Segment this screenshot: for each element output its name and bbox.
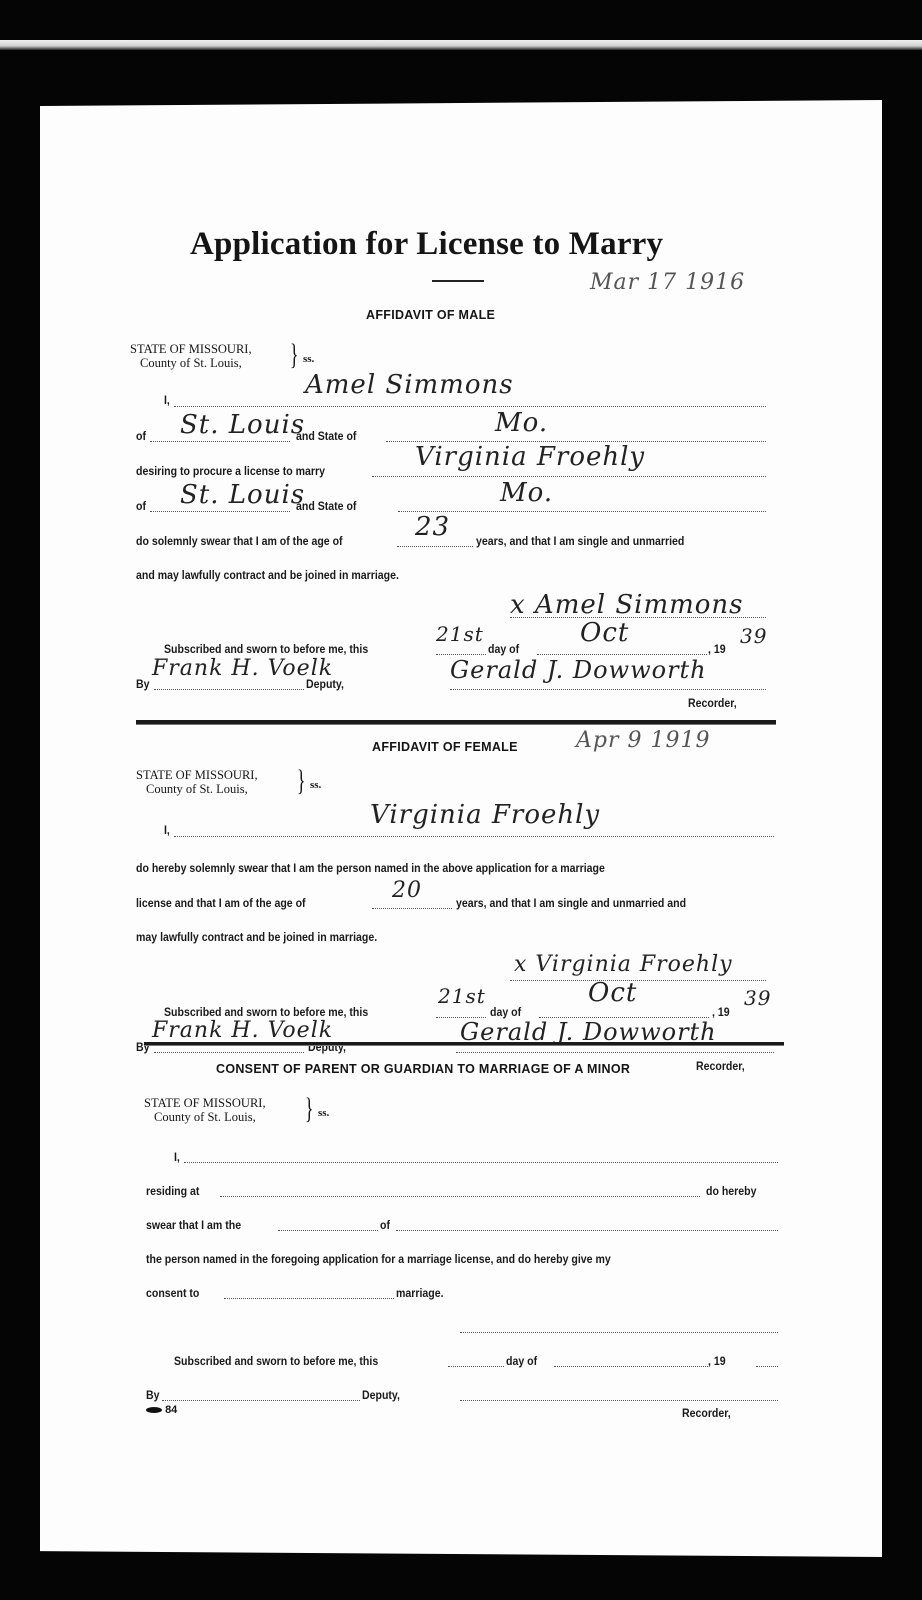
venue-block: STATE OF MISSOURI, County of St. Louis, xyxy=(136,768,258,796)
subscribed-label: Subscribed and sworn to before me, this xyxy=(164,642,368,656)
venue-state: STATE OF MISSOURI, xyxy=(144,1096,266,1110)
deputy-label: Deputy, xyxy=(362,1388,400,1402)
male-name-field[interactable]: Amel Simmons xyxy=(305,370,514,400)
i-label: I, xyxy=(164,823,170,837)
venue-county: County of St. Louis, xyxy=(144,1110,266,1124)
age-prefix: do solemnly swear that I am of the age o… xyxy=(136,534,343,548)
document-page: Application for License to Marry Mar 17 … xyxy=(40,100,882,1557)
day-of-label: day of xyxy=(488,642,519,656)
year-prefix: , 19 xyxy=(708,642,726,656)
male-age-field[interactable]: 23 xyxy=(415,512,450,542)
signature-line xyxy=(510,980,766,981)
consent-deputy-field[interactable] xyxy=(162,1400,360,1401)
female-age-field[interactable]: 20 xyxy=(392,878,422,903)
female-year-field[interactable]: 39 xyxy=(744,986,771,1010)
ss-label: ss. xyxy=(303,353,314,365)
day-of-label: day of xyxy=(490,1005,521,1019)
i-label: I, xyxy=(164,393,170,407)
recorder-line xyxy=(456,1052,774,1053)
section-divider xyxy=(136,720,776,724)
consent-month-field[interactable] xyxy=(554,1366,708,1367)
consent-year-field[interactable] xyxy=(756,1366,778,1367)
lawful-line: may lawfully contract and be joined in m… xyxy=(136,930,377,944)
of-label: of xyxy=(136,499,146,513)
consent-field[interactable] xyxy=(224,1298,394,1299)
residing-field[interactable] xyxy=(220,1196,700,1197)
ss-label: ss. xyxy=(318,1107,329,1119)
age-prefix: license and that I am of the age of xyxy=(136,896,306,910)
male-signature[interactable]: x Amel Simmons xyxy=(510,590,744,620)
male-day-field[interactable]: 21st xyxy=(436,622,484,646)
brace: } xyxy=(305,1094,314,1124)
city-line xyxy=(150,441,290,442)
brace: } xyxy=(297,766,306,796)
date-annotation: Mar 17 1916 xyxy=(590,270,745,295)
consent-day-field[interactable] xyxy=(448,1366,504,1367)
consent-person-line: the person named in the foregoing applic… xyxy=(146,1252,611,1266)
ss-label: ss. xyxy=(310,779,321,791)
by-label: By xyxy=(146,1388,160,1402)
section-divider xyxy=(144,1042,784,1045)
age-suffix: years, and that I am single and unmarrie… xyxy=(476,534,684,548)
city2-line xyxy=(150,511,290,512)
residing-label: residing at xyxy=(146,1184,199,1198)
page-title: Application for License to Marry xyxy=(190,226,663,263)
swear-label: swear that I am the xyxy=(146,1218,241,1232)
female-month-field[interactable]: Oct xyxy=(588,978,637,1008)
of-label: of xyxy=(380,1218,390,1232)
by-label: By xyxy=(136,677,150,691)
state2-line xyxy=(398,511,766,512)
venue-state: STATE OF MISSOURI, xyxy=(136,768,258,782)
intended-name-field[interactable]: Virginia Froehly xyxy=(415,442,645,472)
female-day-field[interactable]: 21st xyxy=(438,984,486,1008)
female-date-annotation: Apr 9 1919 xyxy=(576,728,710,753)
scan-edge xyxy=(0,40,922,50)
female-name-field[interactable]: Virginia Froehly xyxy=(370,800,600,830)
minor-field[interactable] xyxy=(396,1230,778,1231)
form-number: 84 xyxy=(146,1404,177,1416)
month-line xyxy=(537,654,707,655)
subscribed-label: Subscribed and sworn to before me, this xyxy=(174,1354,378,1368)
recorder-label: Recorder, xyxy=(688,696,737,710)
desiring-label: desiring to procure a license to marry xyxy=(136,464,325,478)
intended-state-field[interactable]: Mo. xyxy=(500,478,553,508)
venue-county: County of St. Louis, xyxy=(130,356,252,370)
do-hereby-label: do hereby xyxy=(706,1184,756,1198)
consent-name-field[interactable] xyxy=(184,1162,778,1163)
day-of-label: day of xyxy=(506,1354,537,1368)
subscribed-label: Subscribed and sworn to before me, this xyxy=(164,1005,368,1019)
female-signature[interactable]: x Virginia Froehly xyxy=(514,952,733,977)
section-heading-male: AFFIDAVIT OF MALE xyxy=(366,308,495,322)
name-field-line xyxy=(174,836,774,837)
day-line xyxy=(436,654,486,655)
state-label: and State of xyxy=(296,429,356,443)
parent-signature-field[interactable] xyxy=(460,1332,778,1333)
male-city-field[interactable]: St. Louis xyxy=(180,410,305,440)
female-deputy-signature[interactable]: Frank H. Voelk xyxy=(152,1018,333,1043)
of-label: of xyxy=(136,429,146,443)
male-state-field[interactable]: Mo. xyxy=(495,408,548,438)
consent-recorder-field[interactable] xyxy=(460,1400,778,1401)
intended-city-field[interactable]: St. Louis xyxy=(180,480,305,510)
section-heading-consent: CONSENT OF PARENT OR GUARDIAN TO MARRIAG… xyxy=(216,1062,630,1076)
venue-county: County of St. Louis, xyxy=(136,782,258,796)
female-oath-line: do hereby solemnly swear that I am the p… xyxy=(136,861,605,875)
consent-label: consent to xyxy=(146,1286,199,1300)
state-label: and State of xyxy=(296,499,356,513)
age-line xyxy=(372,908,452,909)
deputy-line xyxy=(154,1052,304,1053)
section-heading-female: AFFIDAVIT OF FEMALE xyxy=(372,740,518,754)
relation-field[interactable] xyxy=(278,1230,378,1231)
recorder-label: Recorder, xyxy=(682,1406,731,1420)
recorder-label: Recorder, xyxy=(696,1059,745,1073)
lawful-line: and may lawfully contract and be joined … xyxy=(136,568,399,582)
year-prefix: , 19 xyxy=(708,1354,726,1368)
deputy-label: Deputy, xyxy=(306,677,344,691)
venue-state: STATE OF MISSOURI, xyxy=(130,342,252,356)
intended-line xyxy=(372,476,766,477)
age-suffix: years, and that I am single and unmarrie… xyxy=(456,896,686,910)
year-prefix: , 19 xyxy=(712,1005,730,1019)
marriage-label: marriage. xyxy=(396,1286,444,1300)
deputy-line xyxy=(154,689,304,690)
male-month-field[interactable]: Oct xyxy=(580,618,629,648)
male-recorder-signature[interactable]: Gerald J. Dowworth xyxy=(450,656,707,684)
name-field-line xyxy=(174,406,766,407)
printer-mark-icon xyxy=(146,1407,162,1413)
title-divider xyxy=(432,280,484,282)
venue-block: STATE OF MISSOURI, County of St. Louis, xyxy=(130,342,252,370)
i-label: I, xyxy=(174,1150,180,1164)
male-year-field[interactable]: 39 xyxy=(740,624,767,648)
age-line xyxy=(397,546,473,547)
brace: } xyxy=(290,340,299,370)
venue-block: STATE OF MISSOURI, County of St. Louis, xyxy=(144,1096,266,1124)
recorder-line xyxy=(450,689,766,690)
